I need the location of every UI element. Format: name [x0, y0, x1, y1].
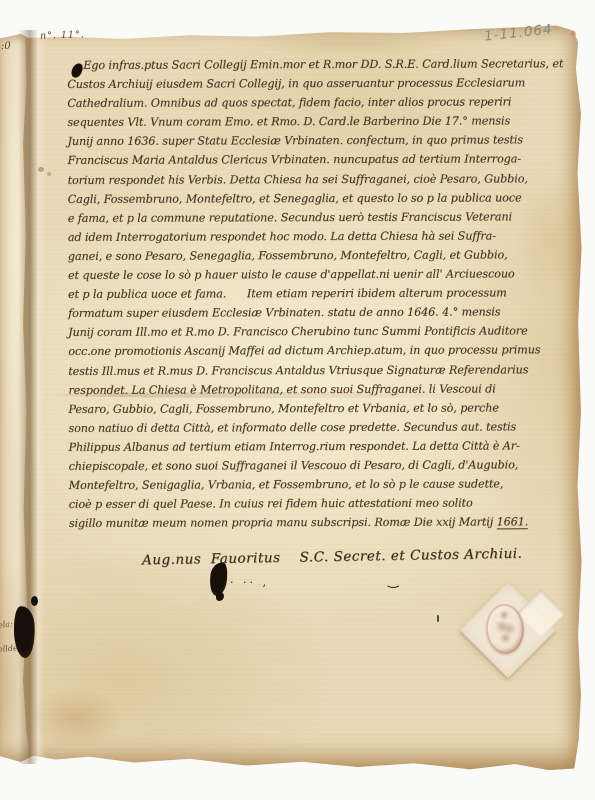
manuscript-line: testis Ill.mus et R.mus D. Franciscus An… — [68, 360, 582, 381]
manuscript-line: Philippus Albanus ad tertium etiam Inter… — [69, 436, 583, 457]
manuscript-line: formatum super eiusdem Ecclesiæ Vrbinate… — [68, 302, 582, 323]
signature-flourish-dash: ‿ — [388, 574, 398, 589]
manuscript-line-with-date: sigillo munitæ meum nomen propria manu s… — [69, 512, 583, 533]
manuscript-line: Montefeltro, Senigaglia, Vrbania, et Fos… — [69, 474, 583, 495]
manuscript-line: cioè p esser di quel Paese. In cuius rei… — [69, 493, 583, 514]
manuscript-line: Junij anno 1636. super Statu Ecclesiæ Vr… — [67, 130, 581, 151]
manuscript-line: e fama, et p la commune reputatione. Sec… — [68, 207, 582, 228]
ink-speck — [437, 615, 439, 622]
manuscript-line: Ego infras.ptus Sacri Collegij Emin.mor … — [67, 54, 581, 75]
manuscript-line: occ.one promotionis Ascanij Maffei ad di… — [68, 341, 582, 362]
manuscript-line: chiepiscopale, et sono suoi Suffraganei … — [69, 455, 583, 476]
folio-number-mark: n°. 11°. — [40, 29, 85, 42]
manuscript-line-text: sigillo munitæ meum nomen propria manu s… — [69, 516, 497, 530]
manuscript-line: sequentes Vlt. Vnum coram Emo. et Rmo. D… — [67, 111, 581, 132]
manuscript-line: et queste le cose lo sò p hauer uisto le… — [68, 264, 582, 285]
manuscript-line: torium respondet his Verbis. Detta Chies… — [68, 169, 582, 190]
manuscript-line: Pesaro, Gubbio, Cagli, Fossembruno, Mont… — [68, 398, 582, 419]
edge-number-fragment: °:0 — [0, 41, 11, 53]
horizontal-fold-crease — [40, 392, 560, 398]
manuscript-line: Junij coram Ill.mo et R.mo D. Francisco … — [68, 321, 582, 342]
manuscript-line: ganei, e sono Pesaro, Senegaglia, Fossem… — [68, 245, 582, 266]
manuscript-line: Custos Archiuij eiusdem Sacri Collegij, … — [67, 73, 581, 94]
manuscript-line: ad idem Interrogatorium respondet hoc mo… — [68, 226, 582, 247]
manuscript-line: Cagli, Fossembruno, Montefeltro, et Sene… — [68, 188, 582, 209]
signature-flourish-dots: · ·· ‚ — [230, 576, 269, 589]
manuscript-line: sono natiuo di detta Città, et informato… — [68, 417, 582, 438]
manuscript-line: et p la publica uoce et fama. Item etiam… — [68, 283, 582, 304]
ink-blot — [31, 596, 38, 606]
manuscript-line: Franciscus Maria Antaldus Clericus Vrbin… — [68, 150, 582, 171]
manuscript-line: Cathedralium. Omnibus ad quos spectat, f… — [67, 92, 581, 113]
verso-text-fragment: ela: — [0, 619, 13, 629]
manuscript-text-block: Ego infras.ptus Sacri Collegij Emin.mor … — [67, 54, 583, 533]
underlined-year: 1661. — [497, 516, 529, 530]
